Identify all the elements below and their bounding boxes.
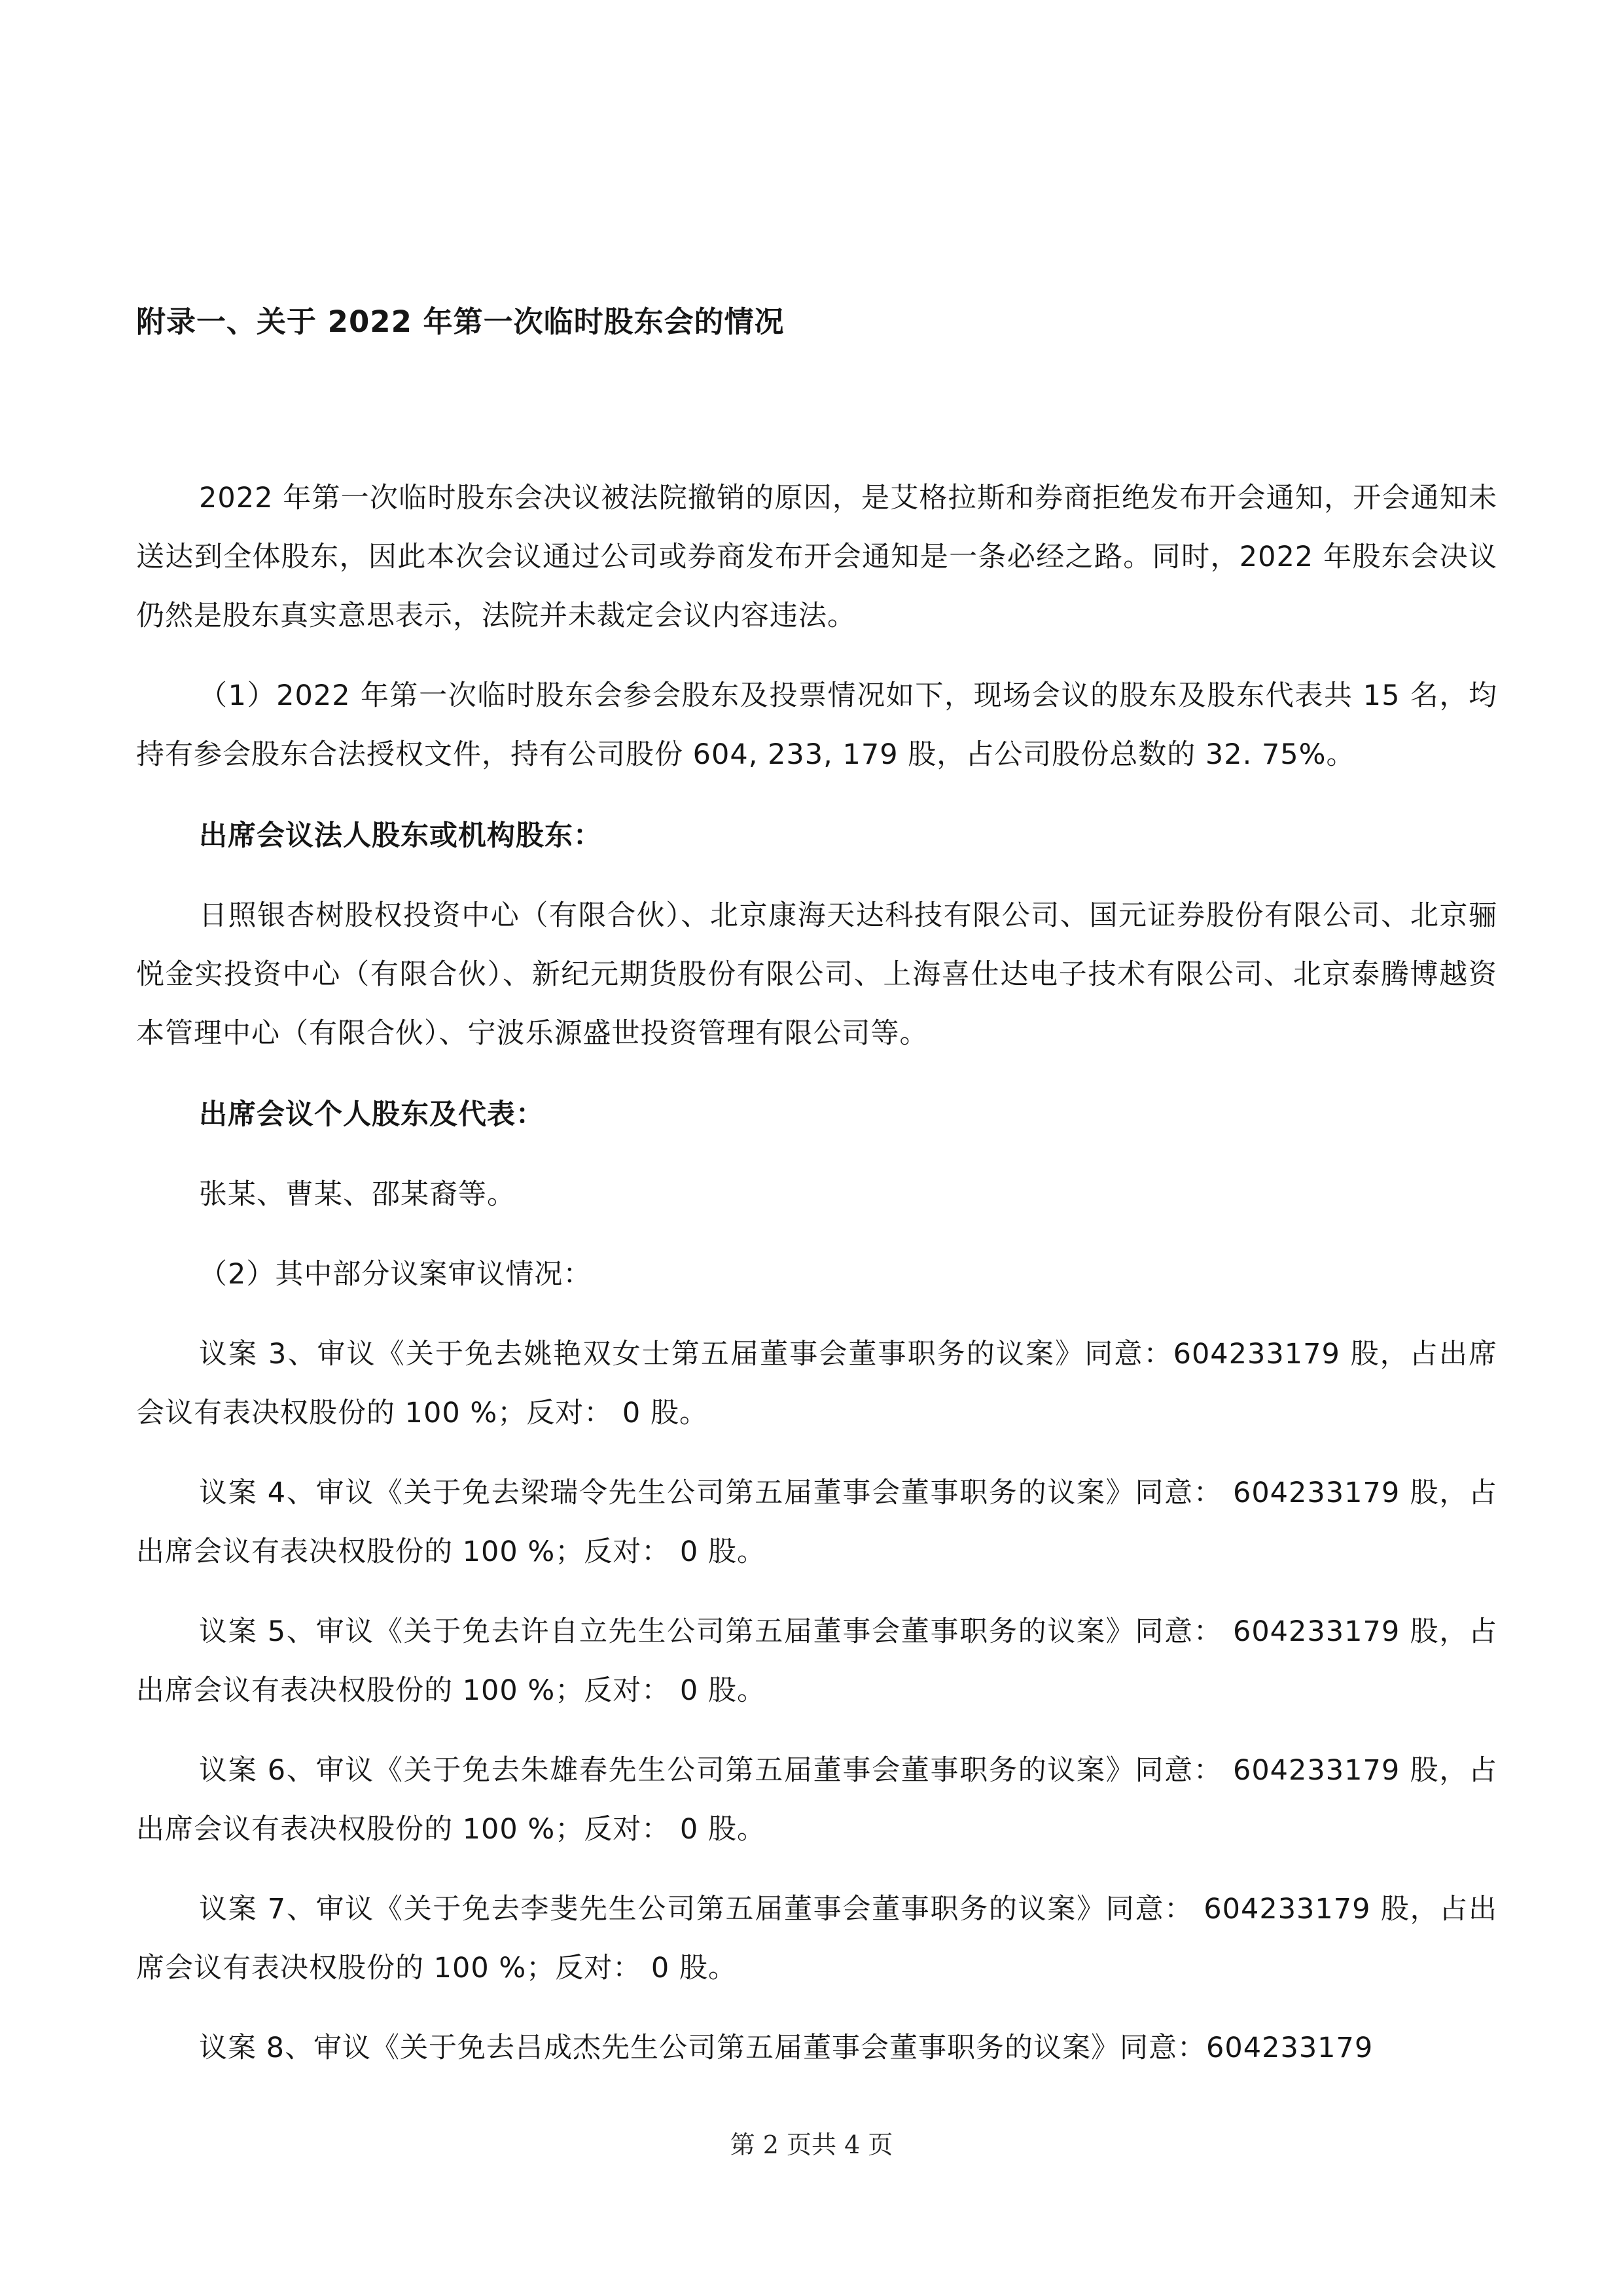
resolution-3-paragraph: 议案 3、审议《关于免去姚艳双女士第五届董事会董事职务的议案》同意：604233…: [136, 1325, 1497, 1443]
individual-shareholders-list: 张某、曹某、邵某裔等。: [136, 1165, 1497, 1224]
document-page: 附录一、关于 2022 年第一次临时股东会的情况 2022 年第一次临时股东会决…: [0, 0, 1623, 2296]
document-content: 附录一、关于 2022 年第一次临时股东会的情况 2022 年第一次临时股东会决…: [0, 292, 1623, 2077]
item-1-attendance-paragraph: （1）2022 年第一次临时股东会参会股东及投票情况如下，现场会议的股东及股东代…: [136, 666, 1497, 784]
resolution-4-paragraph: 议案 4、审议《关于免去梁瑞令先生公司第五届董事会董事职务的议案》同意： 604…: [136, 1463, 1497, 1581]
individual-shareholders-heading: 出席会议个人股东及代表：: [136, 1085, 1497, 1144]
corporate-shareholders-list: 日照银杏树股权投资中心（有限合伙）、北京康海天达科技有限公司、国元证券股份有限公…: [136, 886, 1497, 1063]
resolution-8-paragraph: 议案 8、审议《关于免去吕成杰先生公司第五届董事会董事职务的议案》同意：6042…: [136, 2018, 1497, 2077]
corporate-shareholders-heading: 出席会议法人股东或机构股东：: [136, 806, 1497, 865]
resolution-5-paragraph: 议案 5、审议《关于免去许自立先生公司第五届董事会董事职务的议案》同意： 604…: [136, 1602, 1497, 1720]
appendix-title: 附录一、关于 2022 年第一次临时股东会的情况: [136, 292, 1497, 352]
item-2-resolutions-heading: （2）其中部分议案审议情况：: [136, 1245, 1497, 1304]
intro-paragraph: 2022 年第一次临时股东会决议被法院撤销的原因，是艾格拉斯和券商拒绝发布开会通…: [136, 469, 1497, 645]
page-number-footer: 第 2 页共 4 页: [0, 2125, 1623, 2161]
resolution-6-paragraph: 议案 6、审议《关于免去朱雄春先生公司第五届董事会董事职务的议案》同意： 604…: [136, 1741, 1497, 1859]
resolution-7-paragraph: 议案 7、审议《关于免去李斐先生公司第五届董事会董事职务的议案》同意： 6042…: [136, 1880, 1497, 1998]
